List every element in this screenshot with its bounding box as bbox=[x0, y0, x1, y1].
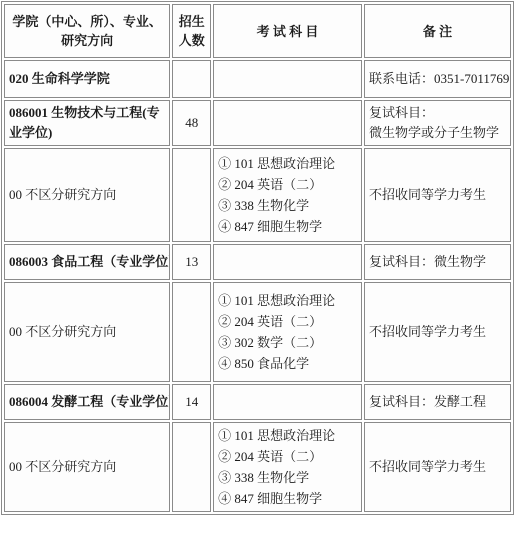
quota-cell bbox=[172, 60, 211, 98]
table-row-major: 086004 发酵工程（专业学位） 14 复试科目：发酵工程 bbox=[4, 384, 511, 420]
subject-line: ④ 847 细胞生物学 bbox=[218, 488, 357, 509]
subjects-cell bbox=[213, 244, 362, 280]
remark-cell: 联系电话：0351-7011769 bbox=[364, 60, 511, 98]
table-row-major: 086001 生物技术与工程(专业学位) 48 复试科目： 微生物学或分子生物学 bbox=[4, 100, 511, 146]
remark-line: 复试科目： bbox=[369, 103, 506, 123]
direction-name: 00 不区分研究方向 bbox=[9, 185, 165, 205]
subject-line: ③ 302 数学（二） bbox=[218, 332, 357, 353]
quota-value: 13 bbox=[177, 254, 206, 270]
direction-name-cell: 00 不区分研究方向 bbox=[4, 422, 170, 512]
subject-line: ② 204 英语（二） bbox=[218, 174, 357, 195]
quota-value: 48 bbox=[177, 115, 206, 131]
remark-line: 微生物学或分子生物学 bbox=[369, 123, 506, 143]
major-name: 086003 食品工程（专业学位） bbox=[9, 252, 165, 272]
header-college-line2: 研究方向 bbox=[9, 31, 165, 50]
remark-line: 复试科目：微生物学 bbox=[369, 252, 506, 272]
remark-cell: 复试科目：微生物学 bbox=[364, 244, 511, 280]
quota-cell: 48 bbox=[172, 100, 211, 146]
contact-phone: 联系电话：0351-7011769 bbox=[369, 69, 506, 89]
header-subjects: 考 试 科 目 bbox=[213, 4, 362, 58]
subjects-cell bbox=[213, 384, 362, 420]
subject-line: ② 204 英语（二） bbox=[218, 311, 357, 332]
admissions-table-wrapper: 学院（中心、所）、专业、 研究方向 招生 人数 考 试 科 目 备 注 020 … bbox=[0, 0, 517, 516]
major-name-cell: 086004 发酵工程（专业学位） bbox=[4, 384, 170, 420]
header-row: 学院（中心、所）、专业、 研究方向 招生 人数 考 试 科 目 备 注 bbox=[4, 4, 511, 58]
major-name-cell: 086001 生物技术与工程(专业学位) bbox=[4, 100, 170, 146]
remark-line: 不招收同等学力考生 bbox=[369, 185, 506, 205]
remark-cell: 复试科目： 微生物学或分子生物学 bbox=[364, 100, 511, 146]
quota-cell bbox=[172, 282, 211, 382]
header-remark: 备 注 bbox=[364, 4, 511, 58]
subject-line: ① 101 思想政治理论 bbox=[218, 425, 357, 446]
header-college-line1: 学院（中心、所）、专业、 bbox=[9, 12, 165, 31]
remark-cell: 不招收同等学力考生 bbox=[364, 148, 511, 242]
subject-line: ④ 850 食品化学 bbox=[218, 353, 357, 374]
quota-cell bbox=[172, 422, 211, 512]
college-name: 020 生命科学学院 bbox=[9, 69, 165, 89]
subject-line: ② 204 英语（二） bbox=[218, 446, 357, 467]
major-name: 086001 生物技术与工程(专业学位) bbox=[9, 103, 165, 143]
quota-value: 14 bbox=[177, 394, 206, 410]
college-name-cell: 020 生命科学学院 bbox=[4, 60, 170, 98]
table-row-major: 086003 食品工程（专业学位） 13 复试科目：微生物学 bbox=[4, 244, 511, 280]
header-quota: 招生 人数 bbox=[172, 4, 211, 58]
quota-cell bbox=[172, 148, 211, 242]
quota-cell: 14 bbox=[172, 384, 211, 420]
subjects-cell: ① 101 思想政治理论 ② 204 英语（二） ③ 338 生物化学 ④ 84… bbox=[213, 422, 362, 512]
remark-line: 不招收同等学力考生 bbox=[369, 322, 506, 342]
remark-cell: 复试科目：发酵工程 bbox=[364, 384, 511, 420]
header-college: 学院（中心、所）、专业、 研究方向 bbox=[4, 4, 170, 58]
subjects-cell: ① 101 思想政治理论 ② 204 英语（二） ③ 338 生物化学 ④ 84… bbox=[213, 148, 362, 242]
remark-line: 复试科目：发酵工程 bbox=[369, 392, 506, 412]
subjects-cell: ① 101 思想政治理论 ② 204 英语（二） ③ 302 数学（二） ④ 8… bbox=[213, 282, 362, 382]
direction-name: 00 不区分研究方向 bbox=[9, 322, 165, 342]
table-row-direction: 00 不区分研究方向 ① 101 思想政治理论 ② 204 英语（二） ③ 30… bbox=[4, 282, 511, 382]
subject-line: ③ 338 生物化学 bbox=[218, 467, 357, 488]
direction-name: 00 不区分研究方向 bbox=[9, 457, 165, 477]
subject-line: ④ 847 细胞生物学 bbox=[218, 216, 357, 237]
major-name: 086004 发酵工程（专业学位） bbox=[9, 392, 165, 412]
admissions-table: 学院（中心、所）、专业、 研究方向 招生 人数 考 试 科 目 备 注 020 … bbox=[1, 1, 514, 515]
subject-line: ③ 338 生物化学 bbox=[218, 195, 357, 216]
subjects-cell bbox=[213, 60, 362, 98]
subjects-cell bbox=[213, 100, 362, 146]
table-row-college: 020 生命科学学院 联系电话：0351-7011769 bbox=[4, 60, 511, 98]
quota-cell: 13 bbox=[172, 244, 211, 280]
subject-line: ① 101 思想政治理论 bbox=[218, 290, 357, 311]
remark-line: 不招收同等学力考生 bbox=[369, 457, 506, 477]
header-quota-line1: 招生 bbox=[177, 12, 206, 31]
subject-line: ① 101 思想政治理论 bbox=[218, 153, 357, 174]
direction-name-cell: 00 不区分研究方向 bbox=[4, 282, 170, 382]
table-row-direction: 00 不区分研究方向 ① 101 思想政治理论 ② 204 英语（二） ③ 33… bbox=[4, 148, 511, 242]
header-quota-line2: 人数 bbox=[177, 31, 206, 50]
direction-name-cell: 00 不区分研究方向 bbox=[4, 148, 170, 242]
remark-cell: 不招收同等学力考生 bbox=[364, 282, 511, 382]
remark-cell: 不招收同等学力考生 bbox=[364, 422, 511, 512]
major-name-cell: 086003 食品工程（专业学位） bbox=[4, 244, 170, 280]
table-row-direction: 00 不区分研究方向 ① 101 思想政治理论 ② 204 英语（二） ③ 33… bbox=[4, 422, 511, 512]
